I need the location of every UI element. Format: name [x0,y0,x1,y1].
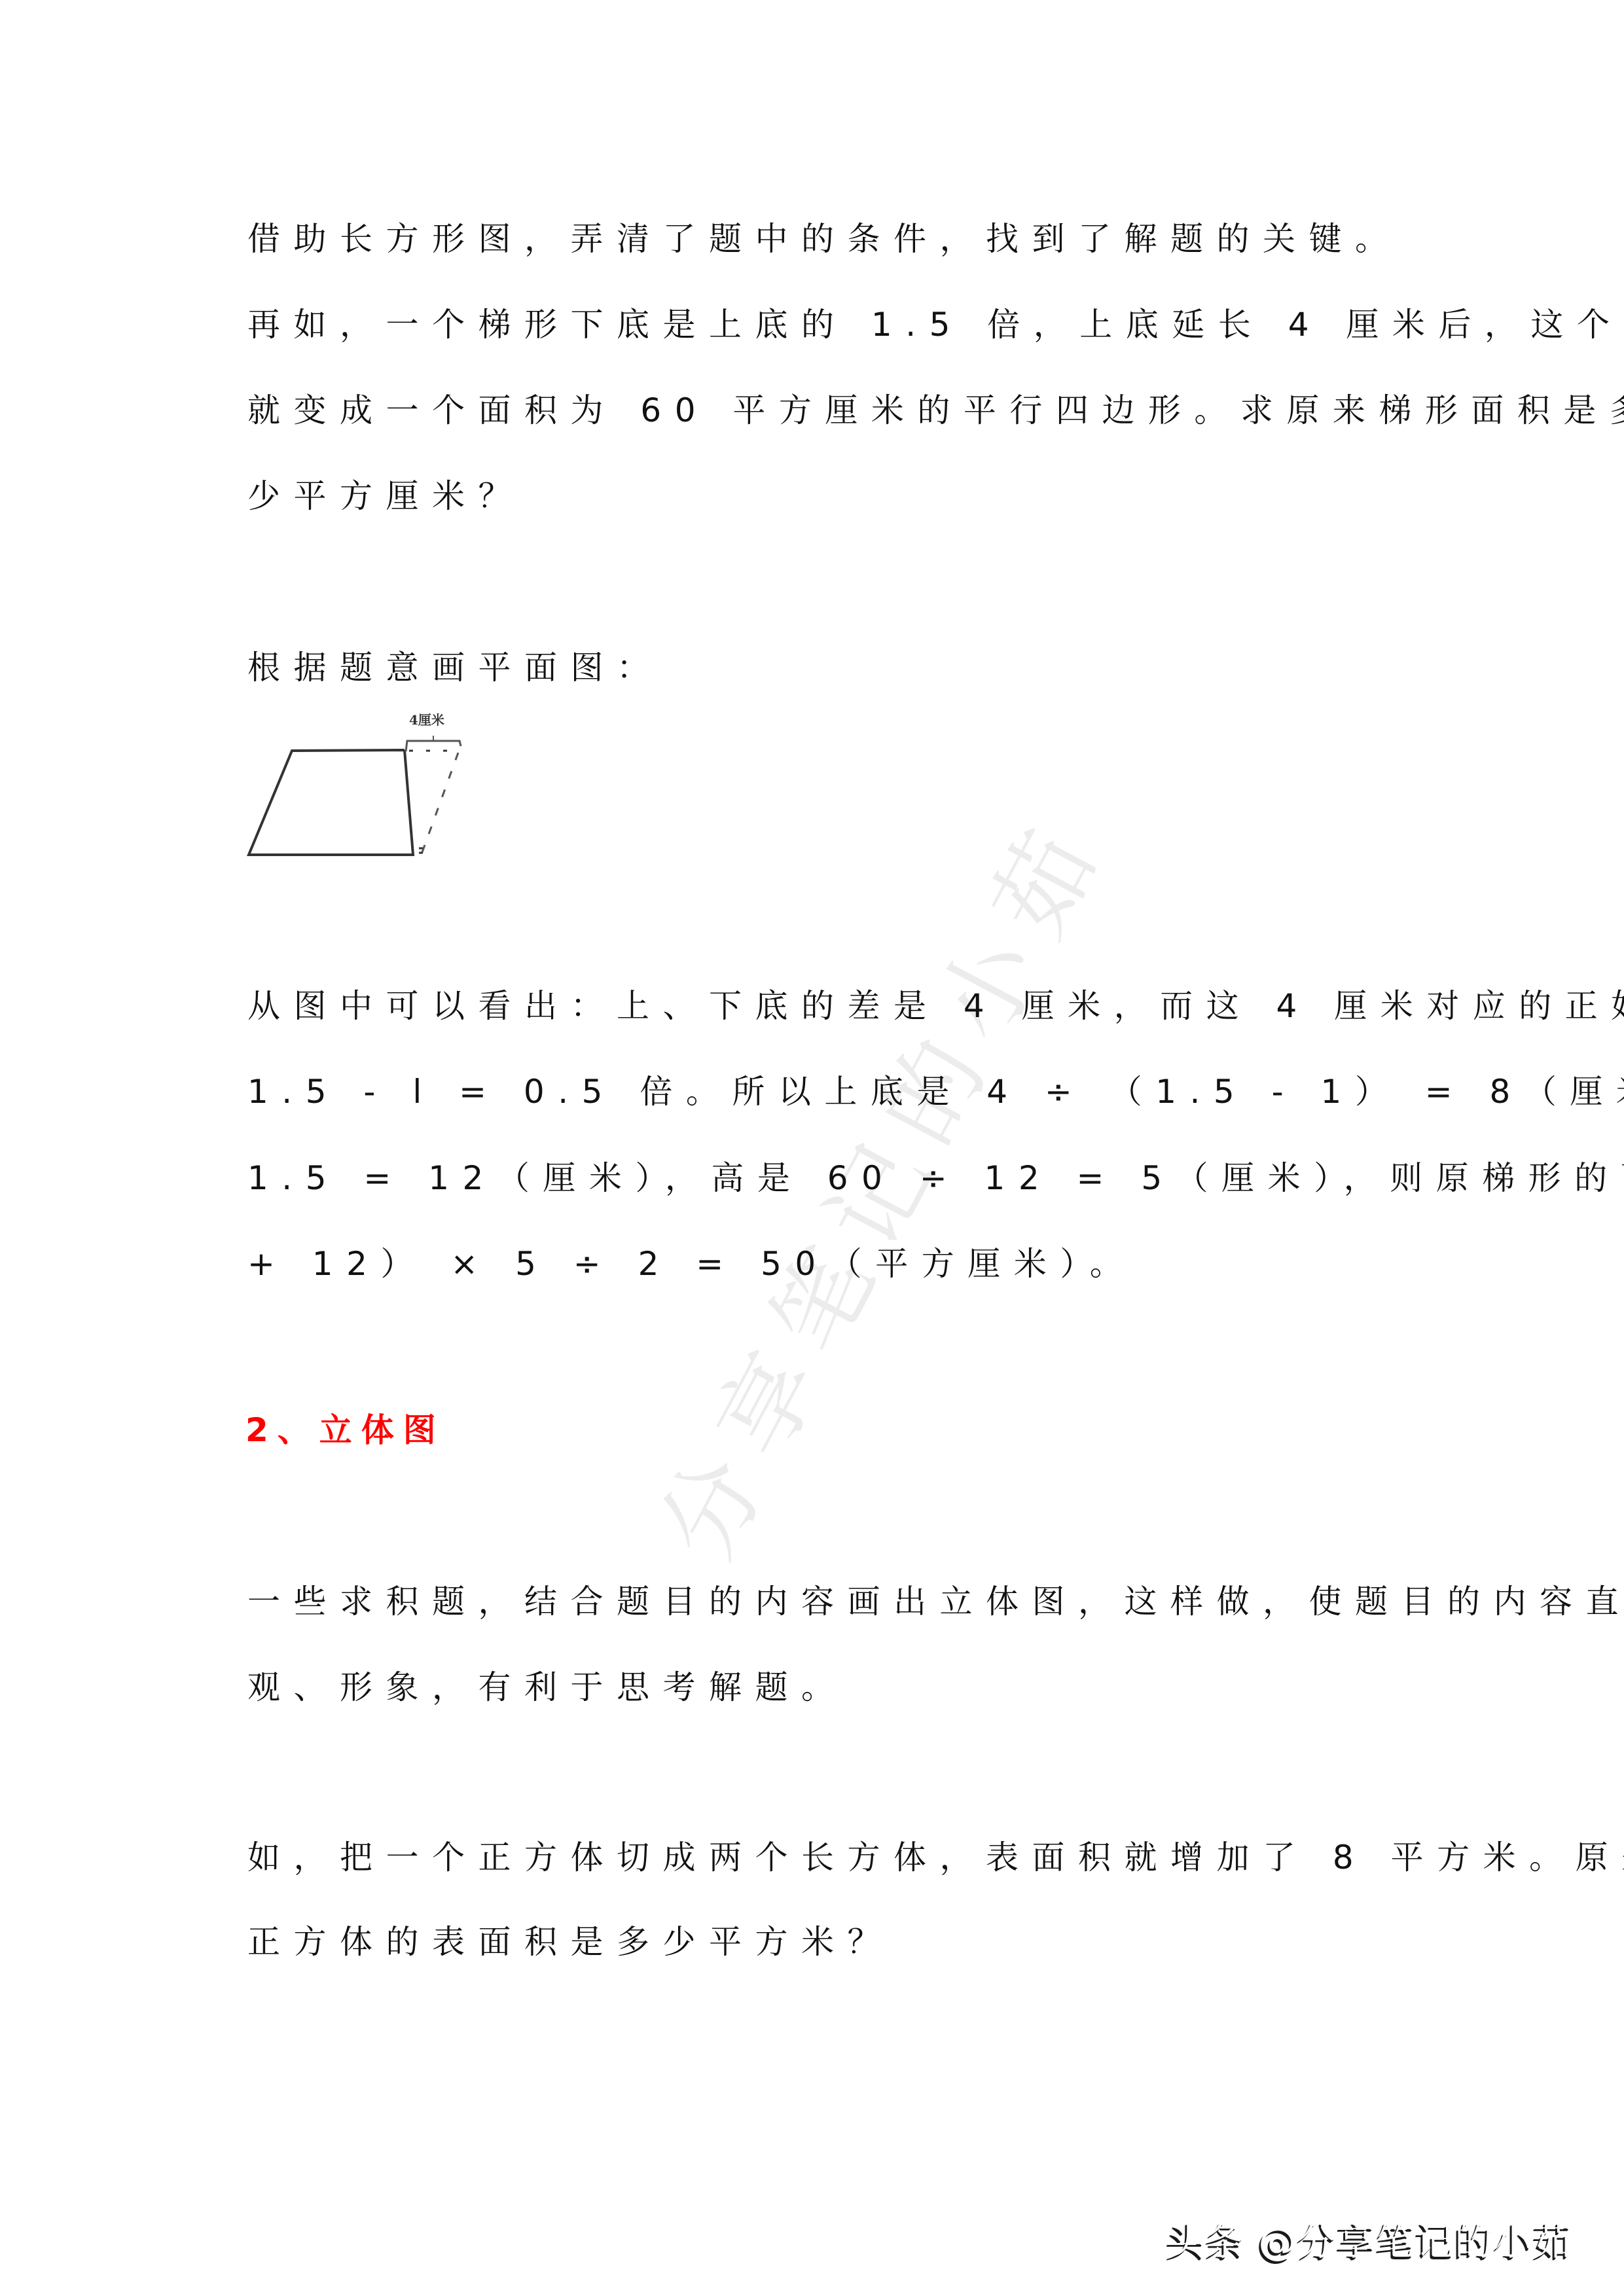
trapezoid-diagram: 4厘米 [236,700,484,870]
intro-line-1: 借助长方形图，弄清了题中的条件，找到了解题的关键。 [247,219,1386,259]
paragraph-3d-line-1: 一些求积题，结合题目的内容画出立体图，这样做，使题目的内容直 [247,1582,1386,1621]
problem-trapezoid-line-1: 再如，一个梯形下底是上底的 1.5 倍，上底延长 4 厘米后，这个梯形 [247,305,1386,344]
problem-trapezoid-line-3: 少平方厘米？ [247,476,1386,516]
diagram-label-4cm: 4厘米 [409,709,444,728]
problem-cube-line-2: 正方体的表面积是多少平方米？ [247,1922,1386,1962]
solution-line-4: + 12） × 5 ÷ 2 = 50（平方厘米）。 [247,1244,1386,1283]
solution-line-3: 1.5 = 12（厘米），高是 60 ÷ 12 = 5（厘米），则原梯形的面积是… [247,1158,1386,1198]
diagram-caption: 根据题意画平面图： [247,648,1386,687]
solution-line-2: 1.5 - l = 0.5 倍。所以上底是 4 ÷ （1.5 - 1） = 8（… [247,1072,1386,1111]
footer-watermark: 头条 @分享笔记的小茹 [1166,2219,1572,2265]
problem-cube-line-1: 如，把一个正方体切成两个长方体，表面积就增加了 8 平方米。原来 [247,1838,1386,1877]
document-page: 分享笔记的小茹 借助长方形图，弄清了题中的条件，找到了解题的关键。 再如，一个梯… [0,0,1624,2296]
paragraph-3d-line-2: 观、形象，有利于思考解题。 [247,1668,1386,1707]
solution-line-1: 从图中可以看出：上、下底的差是 4 厘米，而这 4 厘米对应的正好是 [247,986,1386,1026]
section-heading: 2、立体图 [245,1410,445,1450]
problem-trapezoid-line-2: 就变成一个面积为 60 平方厘米的平行四边形。求原来梯形面积是多 [247,391,1386,430]
